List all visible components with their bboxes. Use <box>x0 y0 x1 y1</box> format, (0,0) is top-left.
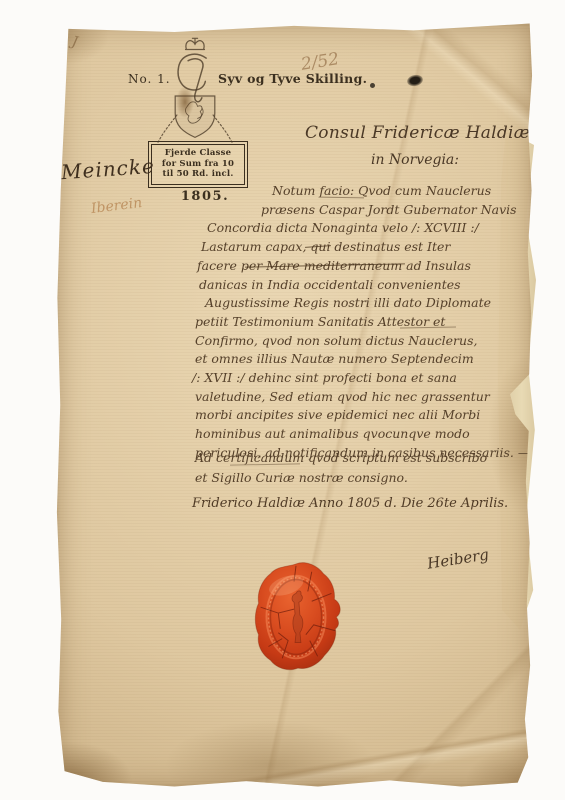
closing-line: Ad certificandum qvod scriptum est subsc… <box>195 448 487 468</box>
document-title: Consul Fridericæ Haldiæ <box>305 123 525 143</box>
margin-annotation-faded: Iberein <box>90 195 143 217</box>
royal-crown-icon <box>186 38 205 49</box>
stamp-class-line: Fjerde Classe <box>154 148 242 159</box>
stamp-class-box: Fjerde Classefor Sum fra 10til 50 Rd. in… <box>148 141 248 188</box>
red-wax-seal <box>248 558 344 676</box>
ink-stain <box>176 86 194 118</box>
ink-blot <box>406 73 424 87</box>
body-line: Lastarum capax, qui destinatus est Iter <box>201 238 530 257</box>
royal-cipher-c7-icon <box>153 34 237 146</box>
paper-sheet: J No. 1. Syv og Tyve Skilling. <box>55 22 533 788</box>
margin-annotation-name: Meincke <box>60 154 155 184</box>
stamp-fee-label: Syv og Tyve Skilling. <box>218 71 367 86</box>
body-paragraph: Notum facio: Qvod cum Naucleruspræsens C… <box>195 182 530 463</box>
stamp-class-line: til 50 Rd. incl. <box>154 169 242 180</box>
body-line: Augustissime Regis nostri illi dato Dipl… <box>205 294 530 313</box>
body-line: præsens Caspar Jordt Gubernator Navis <box>261 201 530 220</box>
closing-paragraph: Ad certificandum qvod scriptum est subsc… <box>195 448 487 488</box>
body-line: hominibus aut animalibus qvocunqve modo <box>195 425 530 444</box>
body-line: Concordia dicta Nonaginta velo /: XCVIII… <box>207 219 530 238</box>
body-line: et omnes illius Nautæ numero Septendecim <box>195 350 530 369</box>
stamp-class-text: Fjerde Classefor Sum fra 10til 50 Rd. in… <box>151 144 245 185</box>
body-line: facere per Mare mediterraneum ad Insulas <box>197 257 530 276</box>
body-line: petiit Testimonium Sanitatis Attestor et <box>195 313 530 332</box>
body-line: /: XVII :/ dehinc sint profecti bona et … <box>192 369 530 388</box>
body-line: Notum facio: Qvod cum Nauclerus <box>272 182 530 201</box>
corner-pen-mark: J <box>70 34 79 51</box>
body-line: Confirmo, qvod non solum dictus Naucleru… <box>195 332 530 351</box>
closing-line: et Sigillo Curiæ nostræ consigno. <box>195 468 487 488</box>
body-line: morbi ancipites sive epidemici nec alii … <box>195 406 530 425</box>
body-line: valetudine, Sed etiam qvod hic nec grass… <box>195 388 530 407</box>
signature: Heiberg <box>426 545 490 572</box>
document-subtitle: in Norvegia: <box>305 152 525 168</box>
dateline: Friderico Haldiæ Anno 1805 d. Die 26te A… <box>192 496 508 511</box>
ink-dot <box>370 83 375 88</box>
stamp-class-line: for Sum fra 10 <box>154 159 242 170</box>
body-line: danicas in India occidentali conveniente… <box>199 276 530 295</box>
document-scan: J No. 1. Syv og Tyve Skilling. <box>0 0 565 800</box>
